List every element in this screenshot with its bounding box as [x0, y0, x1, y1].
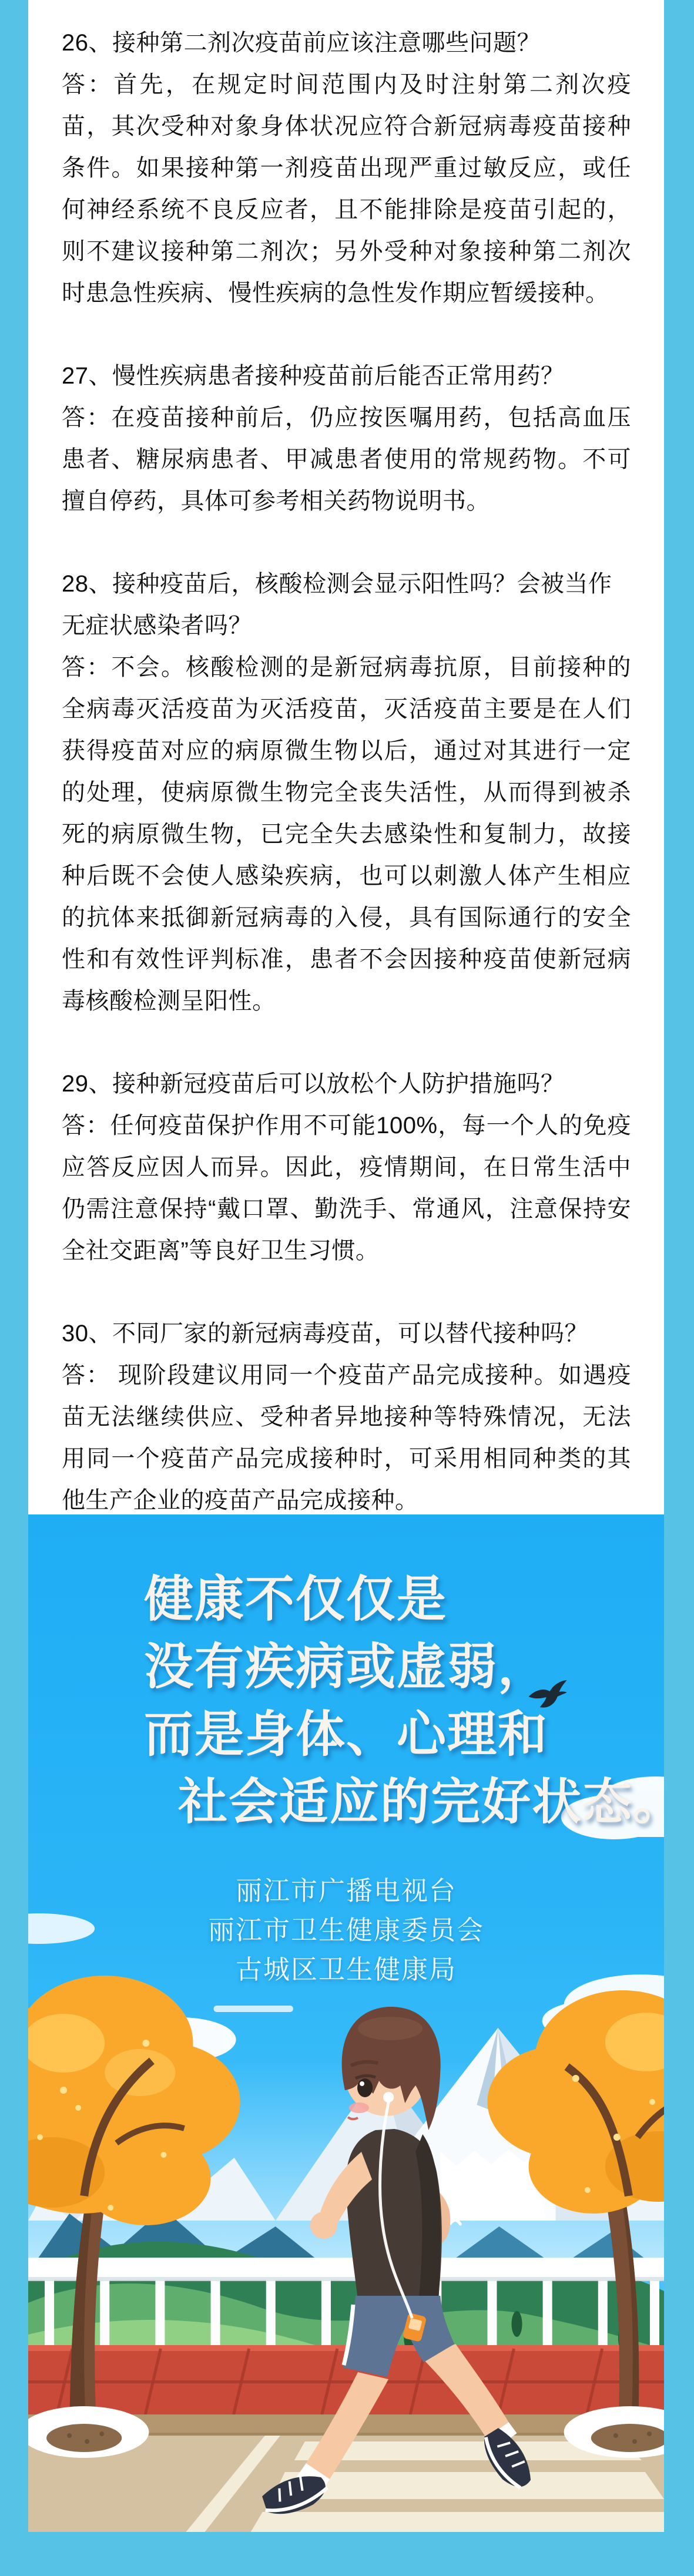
faq-item-26: 26、接种第二剂次疫苗前应该注意哪些问题？ 答：首先，在规定时间范围内及时注射第… [62, 22, 631, 314]
quote-line-2: 没有疾病或虚弱， [144, 1634, 664, 1701]
answer-29: 答：任何疫苗保护作用不可能100%，每一个人的免疫应答反应因人而异。因此，疫情期… [62, 1105, 631, 1272]
faq-item-28: 28、接种疫苗后，核酸检测会显示阳性吗？会被当作无症状感染者吗？ 答：不会。核酸… [62, 563, 631, 1022]
question-29: 29、接种新冠疫苗后可以放松个人防护措施吗？ [62, 1063, 631, 1105]
credit-line-3: 古城区卫生健康局 [28, 1950, 664, 1990]
poster-credits: 丽江市广播电视台 丽江市卫生健康委员会 古城区卫生健康局 [28, 1872, 664, 1990]
answer-26: 答：首先，在规定时间范围内及时注射第二剂次疫苗，其次受种对象身体状况应符合新冠病… [62, 64, 631, 314]
health-quote: 健康不仅仅是 没有疾病或虚弱， 而是身体、心理和 社会适应的完好状态。 [144, 1566, 664, 1836]
answer-30: 答： 现阶段建议用同一个疫苗产品完成接种。如遇疫苗无法继续供应、受种者异地接种等… [62, 1355, 631, 1514]
answer-27: 答：在疫苗接种前后，仍应按医嘱用药，包括高血压患者、糖尿病患者、甲减患者使用的常… [62, 397, 631, 522]
question-26: 26、接种第二剂次疫苗前应该注意哪些问题？ [62, 22, 631, 64]
faq-panel: 26、接种第二剂次疫苗前应该注意哪些问题？ 答：首先，在规定时间范围内及时注射第… [28, 0, 664, 1514]
page-canvas: 26、接种第二剂次疫苗前应该注意哪些问题？ 答：首先，在规定时间范围内及时注射第… [0, 0, 694, 2576]
crosswalk-stripe [251, 2512, 664, 2532]
question-27: 27、慢性疾病患者接种疫苗前后能否正常用药？ [62, 355, 631, 397]
cypress-tree [512, 2311, 522, 2337]
credit-line-1: 丽江市广播电视台 [28, 1872, 664, 1911]
faq-item-27: 27、慢性疾病患者接种疫苗前后能否正常用药？ 答：在疫苗接种前后，仍应按医嘱用药… [62, 355, 631, 522]
eye-glint [360, 2081, 364, 2086]
quote-line-3: 而是身体、心理和 [144, 1701, 664, 1769]
blush [349, 2103, 369, 2113]
hair-highlight [358, 2017, 423, 2040]
question-30: 30、不同厂家的新冠病毒疫苗，可以替代接种吗？ [62, 1313, 631, 1355]
answer-28: 答：不会。核酸检测的是新冠病毒抗原，目前接种的全病毒灭活疫苗为灭活疫苗，灭活疫苗… [62, 647, 631, 1022]
quote-line-4: 社会适应的完好状态。 [178, 1769, 664, 1836]
eye [357, 2078, 373, 2097]
credit-line-2: 丽江市卫生健康委员会 [28, 1911, 664, 1950]
quote-line-1: 健康不仅仅是 [144, 1566, 664, 1634]
question-28: 28、接种疫苗后，核酸检测会显示阳性吗？会被当作无症状感染者吗？ [62, 563, 631, 647]
faq-item-29: 29、接种新冠疫苗后可以放松个人防护措施吗？ 答：任何疫苗保护作用不可能100%… [62, 1063, 631, 1272]
faq-item-30: 30、不同厂家的新冠病毒疫苗，可以替代接种吗？ 答： 现阶段建议用同一个疫苗产品… [62, 1313, 631, 1514]
health-poster: 健康不仅仅是 没有疾病或虚弱， 而是身体、心理和 社会适应的完好状态。 丽江市广… [28, 1514, 664, 2532]
earphone-icon [383, 2092, 394, 2103]
fist [310, 2212, 337, 2239]
